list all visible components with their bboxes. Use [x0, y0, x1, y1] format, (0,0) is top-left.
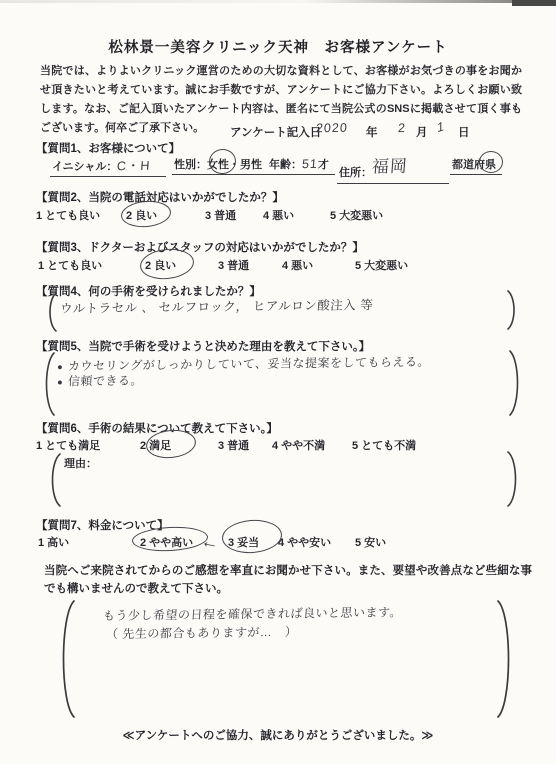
- prefecture-selection-circle: [479, 151, 503, 173]
- q6-option-1: 1 とても満足: [36, 437, 100, 453]
- q3-header: 【質問3、ドクターおよびスタッフの対応はいかがでしたか？】: [36, 239, 364, 255]
- q5-header: 【質問5、当院で手術を受けようと決めた理由を教えて下さい。】: [36, 338, 370, 354]
- feedback-prompt: 当院へご来院されてからのご感想を率直にお聞かせ下さい。また、要望や改善点など些細…: [44, 562, 532, 598]
- q2-options-row: 1 とても良い 2 良い 3 普通 4 悪い 5 大変悪い: [0, 207, 556, 227]
- scan-corner-artifact: [512, 0, 556, 6]
- q7-option-5: 5 安い: [355, 534, 386, 550]
- closing-thanks: ≪アンケートへのご協力、誠にありがとうございました。≫: [0, 727, 556, 743]
- date-year-unit: 年: [366, 124, 378, 140]
- q3-option-1: 1 とても良い: [38, 257, 102, 273]
- age-field: 年齢：51才: [267, 156, 335, 175]
- age-value-handwritten: 51: [302, 157, 319, 171]
- q3-option-4: 4 悪い: [282, 257, 313, 273]
- address-value-handwritten: 福岡: [371, 152, 409, 178]
- q4-bracket-right: [506, 289, 520, 331]
- q6-options-row: 1 とても満足 2 満足 3 普通 4 やや不満 5 とても不満: [0, 437, 556, 457]
- bullet-dot: [58, 365, 62, 369]
- date-year-handwritten: 2020: [316, 121, 349, 136]
- q5-bracket-left: [40, 351, 56, 417]
- q6-option-5: 5 とても不満: [352, 437, 416, 453]
- comment-bracket-right: [496, 599, 516, 719]
- q6-bracket-left: [46, 452, 62, 508]
- feedback-answer-1: もう少し希望の日程を確保できれば良いと思います。: [103, 603, 403, 624]
- page-title: 松林景一美容クリニック天神 お客様アンケート: [0, 36, 556, 57]
- survey-scan-page: 松林景一美容クリニック天神 お客様アンケート 当院では、よりよいクリニック運営の…: [0, 0, 556, 764]
- q7-option-1: 1 高い: [38, 534, 69, 550]
- initial-value-handwritten: C・H: [117, 156, 152, 175]
- q2-option-4: 4 悪い: [263, 207, 294, 223]
- date-month-handwritten: 2: [398, 121, 407, 135]
- comment-bracket-left: [56, 599, 76, 719]
- scan-edge: [0, 0, 556, 3]
- q7-option-4: 4 やや安い: [278, 534, 331, 550]
- q5-bracket-right: [508, 349, 524, 417]
- q3-options-row: 1 とても良い 2 良い 3 普通 4 悪い 5 大変悪い: [0, 257, 556, 277]
- q6-option-4: 4 やや不満: [272, 437, 325, 453]
- q6-reason-label: 理由：: [64, 455, 97, 471]
- q2-option-1: 1 とても良い: [36, 207, 100, 223]
- q1-fields-row: イニシャル：C・H 性別：女性・男性 年齢：51才 住所：福岡 都道府県: [0, 156, 556, 176]
- q2-option-5: 5 大変悪い: [330, 207, 383, 223]
- q2-option-3: 3 普通: [205, 207, 236, 223]
- q4-bracket-left: [44, 291, 58, 333]
- q5-answer-1-text: カウセリングがしっかりしていて、妥当な提案をしてもらえる。: [68, 355, 431, 373]
- bullet-dot: [58, 380, 62, 384]
- q6-option-3: 3 普通: [218, 437, 249, 453]
- age-unit: 才: [318, 159, 329, 171]
- date-label: アンケート記入日: [230, 124, 321, 140]
- q5-answer-2: 信頼できる。: [58, 371, 144, 389]
- age-label: 年齢：: [269, 159, 302, 171]
- q3-option-3: 3 普通: [218, 257, 249, 273]
- date-day-handwritten: 1: [437, 118, 445, 135]
- address-label: 住所：: [339, 167, 372, 179]
- date-day-unit: 日: [458, 124, 470, 140]
- q4-answer-handwritten: ウルトラセル 、 セルフロック， ヒアルロン酸注入 等: [59, 295, 373, 317]
- q6-bracket-right: [506, 450, 522, 508]
- initial-label: イニシャル：: [52, 161, 117, 173]
- address-field: 住所：福岡: [337, 156, 449, 184]
- q5-answer-2-text: 信頼できる。: [68, 373, 144, 388]
- feedback-answer-2: （ 先生の都合もありますが… ）: [106, 623, 298, 642]
- q1-header: 【質問1、お客様について】: [36, 140, 180, 156]
- q3-option-5: 5 大変悪い: [355, 257, 408, 273]
- gender-label: 性別：: [174, 159, 207, 171]
- date-month-unit: 月: [416, 124, 428, 140]
- initial-field: イニシャル：C・H: [50, 156, 166, 177]
